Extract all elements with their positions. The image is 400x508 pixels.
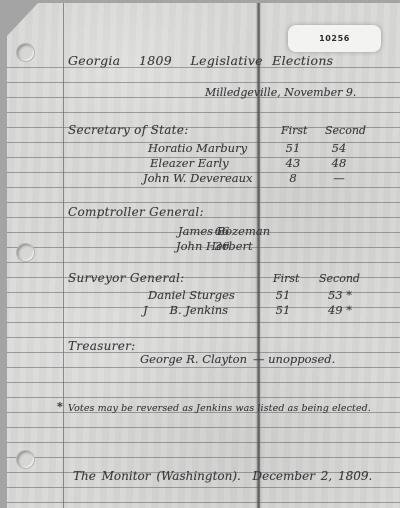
vote-count-second: — [315,171,363,185]
column-header-second: Second [325,124,366,137]
unopposed-note: — unopposed. [253,352,335,366]
candidate-name: J B. Jenkins [143,303,228,317]
section-heading-treasurer: Treasurer: [68,339,136,353]
candidate-name: Eleazer Early [150,156,229,170]
candidate-name: Horatio Marbury [148,141,247,155]
vote-count-second: 49 * [314,303,366,317]
vote-count: 66 [202,224,242,238]
vote-count-first: 51 [271,141,315,155]
column-header-first: First [281,124,307,137]
candidate-name: Daniel Sturges [148,288,235,302]
vote-count-second: 54 [315,141,363,155]
vote-count-first: 8 [271,171,315,185]
catalog-number: 10256 [319,34,350,43]
punch-hole-bottom [16,450,35,469]
catalog-number-label: 10256 [288,25,381,52]
vote-count-first: 43 [271,156,315,170]
candidate-name: John W. Devereaux [143,171,253,185]
section-heading-comptroller-general: Comptroller General: [68,205,204,219]
margin-line [63,3,64,508]
scanned-document: 10256 Georgia 1809 Legislative Elections… [0,0,400,508]
column-header-second: Second [319,272,360,285]
column-header-first: First [273,272,299,285]
vote-count-first: 51 [261,288,305,302]
document-title: Georgia 1809 Legislative Elections [68,53,333,68]
punch-hole-top [16,43,35,62]
vote-count-second: 48 [315,156,363,170]
footnote-text: Votes may be reversed as Jenkins was lis… [68,403,371,414]
page-crease [255,3,262,508]
section-heading-surveyor-general: Surveyor General: [68,271,185,285]
vote-count-first: 51 [261,303,305,317]
vote-count: 36 [202,239,242,253]
vote-count-second: 53 * [314,288,366,302]
footnote-marker: * [57,400,63,413]
candidate-name: George R. Clayton [140,352,247,366]
notebook-page: 10256 Georgia 1809 Legislative Elections… [7,3,400,508]
punch-hole-middle [16,243,35,262]
dateline: Milledgeville, November 9. [205,86,356,99]
source-citation: The Monitor (Washington). December 2, 18… [73,469,372,483]
section-heading-secretary-of-state: Secretary of State: [68,123,189,137]
